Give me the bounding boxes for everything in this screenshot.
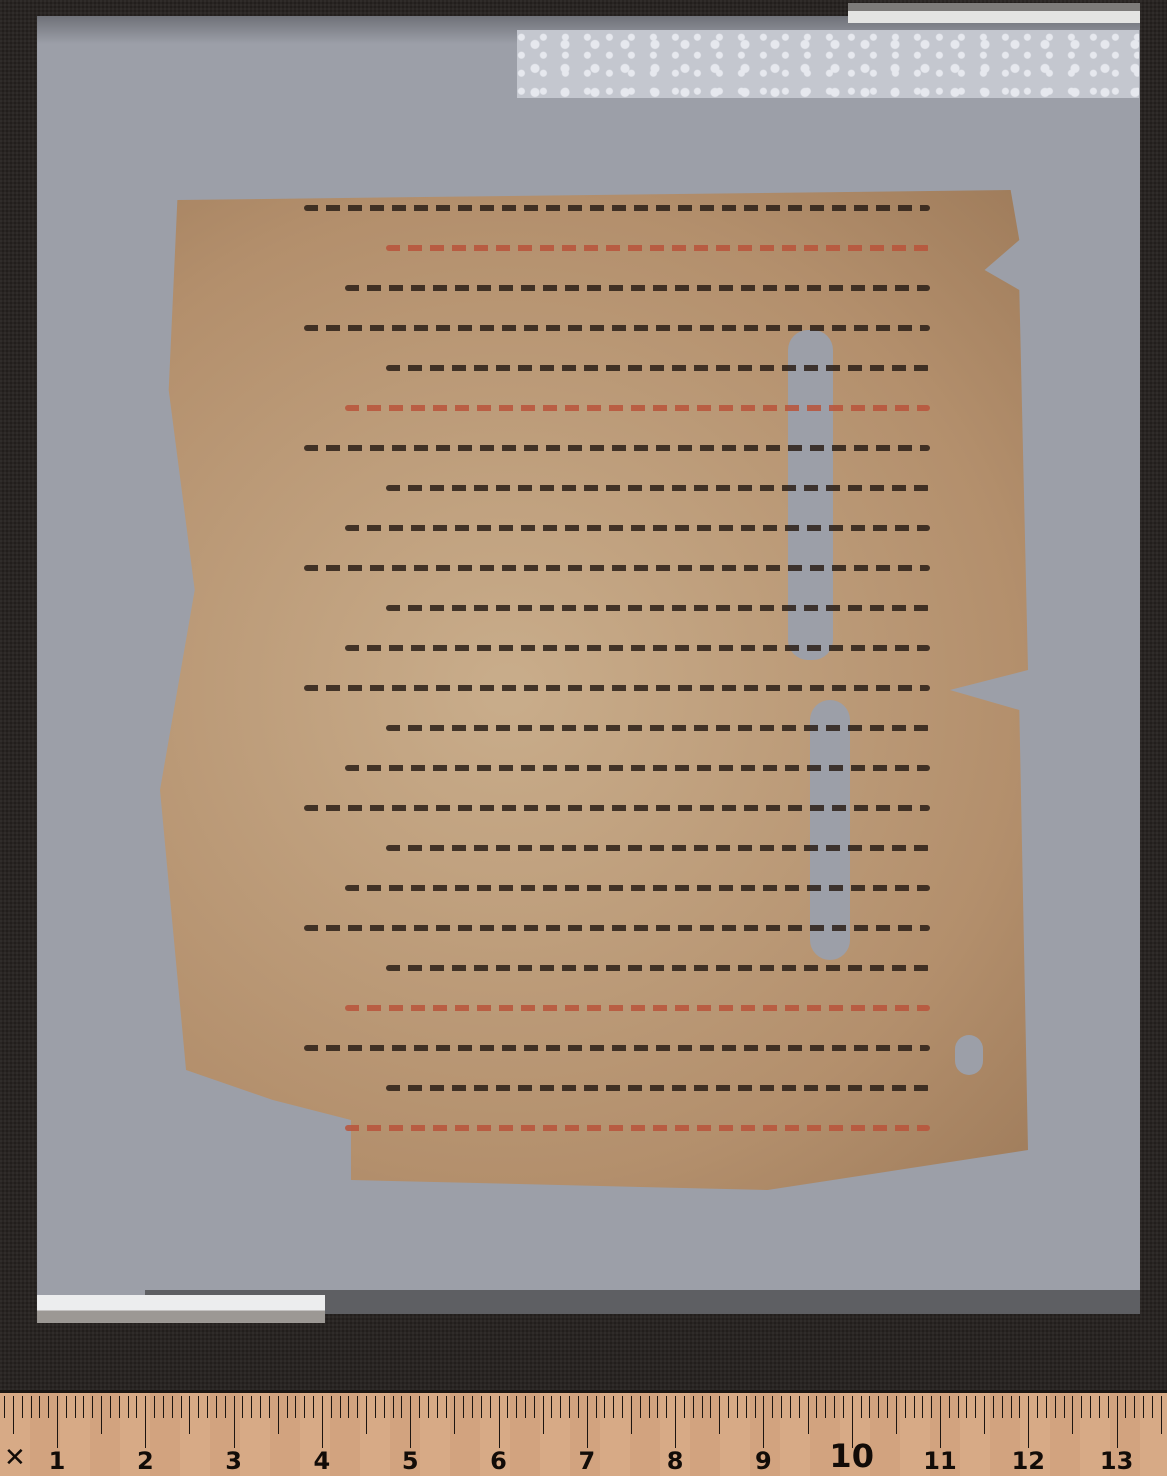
ruler-tick <box>640 1396 641 1418</box>
manuscript-text-line <box>386 965 930 971</box>
ruler-tick <box>136 1396 137 1418</box>
ruler-tick <box>1064 1396 1065 1418</box>
ruler-label: 12 <box>1012 1447 1045 1475</box>
ruler-tick <box>260 1396 261 1418</box>
ruler-tick <box>251 1396 252 1418</box>
ruler-tick <box>1028 1396 1029 1448</box>
ruler-tick <box>543 1396 544 1434</box>
ruler-tick <box>1090 1396 1091 1418</box>
ruler-tick <box>746 1396 747 1418</box>
ruler-tick <box>401 1396 402 1418</box>
ruler-tick <box>119 1396 120 1418</box>
ruler-tick <box>4 1396 5 1418</box>
ruler-tick <box>772 1396 773 1418</box>
ruler-label: 3 <box>225 1447 242 1475</box>
ruler-tick <box>861 1396 862 1418</box>
manuscript-text-line <box>304 565 930 571</box>
ruler-tick <box>13 1396 14 1434</box>
ruler-label: 1 <box>49 1447 66 1475</box>
ruler-tick <box>702 1396 703 1418</box>
ruler-tick <box>525 1396 526 1418</box>
ruler-tick <box>657 1396 658 1418</box>
ruler-label: 10 <box>829 1437 874 1475</box>
manuscript-text-line <box>345 885 930 891</box>
ruler-tick <box>914 1396 915 1418</box>
ruler-tick <box>622 1396 623 1418</box>
ruler-tick <box>675 1396 676 1448</box>
ruler-tick <box>66 1396 67 1418</box>
manuscript-text-line <box>345 765 930 771</box>
ruler-tick <box>1055 1396 1056 1418</box>
ruler-tick <box>1002 1396 1003 1418</box>
ruler-tick <box>207 1396 208 1418</box>
ruler-tick <box>1099 1396 1100 1418</box>
ruler-tick <box>799 1396 800 1418</box>
ruler-tick <box>304 1396 305 1418</box>
ruler-tick <box>516 1396 517 1418</box>
manuscript-text-line <box>386 845 930 851</box>
ruler-tick <box>454 1396 455 1434</box>
ruler-label: 7 <box>578 1447 595 1475</box>
manuscript-text-line <box>304 1045 930 1051</box>
ruler-tick <box>92 1396 93 1418</box>
ruler-tick <box>83 1396 84 1418</box>
ruler-tick <box>816 1396 817 1418</box>
ruler-tick <box>393 1396 394 1418</box>
manuscript-text-line <box>345 645 930 651</box>
ruler-tick <box>984 1396 985 1434</box>
ruler-label: 5 <box>402 1447 419 1475</box>
ruler-tick <box>940 1396 941 1448</box>
ruler-tick <box>737 1396 738 1418</box>
ruler-tick <box>763 1396 764 1448</box>
ruler-tick <box>163 1396 164 1418</box>
ruler-tick <box>887 1396 888 1418</box>
ruler-tick <box>269 1396 270 1418</box>
ruler-tick <box>551 1396 552 1418</box>
ruler-tick <box>843 1396 844 1418</box>
ruler-tick <box>437 1396 438 1418</box>
manuscript-text-line <box>386 605 930 611</box>
ruler-tick <box>507 1396 508 1418</box>
mounting-strip-top-corner <box>848 3 1140 23</box>
ruler-tick <box>463 1396 464 1418</box>
ruler-tick <box>410 1396 411 1448</box>
ruler-tick <box>101 1396 102 1434</box>
manuscript-text-line <box>345 525 930 531</box>
ruler-tick <box>419 1396 420 1418</box>
ruler-tick <box>604 1396 605 1418</box>
ruler-tick <box>613 1396 614 1418</box>
ruler-tick <box>649 1396 650 1418</box>
ruler-tick <box>225 1396 226 1418</box>
ruler-tick <box>1117 1396 1118 1448</box>
ruler-tick <box>1011 1396 1012 1418</box>
manuscript-text-line <box>345 1125 930 1131</box>
ruler-tick <box>922 1396 923 1418</box>
ruler-tick <box>340 1396 341 1418</box>
ruler-tick <box>31 1396 32 1418</box>
ruler-tick <box>666 1396 667 1418</box>
ruler-tick <box>22 1396 23 1418</box>
ruler-tick <box>110 1396 111 1418</box>
ruler-tick <box>896 1396 897 1434</box>
ruler-tick <box>295 1396 296 1418</box>
ruler-tick <box>242 1396 243 1418</box>
ruler-tick <box>154 1396 155 1418</box>
ruler-label: 4 <box>314 1447 331 1475</box>
ruler-tick <box>313 1396 314 1418</box>
manuscript-text-line <box>304 925 930 931</box>
manuscript-text-line <box>304 325 930 331</box>
ruler-tick <box>57 1396 58 1448</box>
ruler-tick <box>781 1396 782 1418</box>
ruler-tick <box>375 1396 376 1418</box>
ruler-tick <box>499 1396 500 1448</box>
manuscript-text-line <box>304 685 930 691</box>
ruler-tick <box>145 1396 146 1448</box>
ruler-tick <box>181 1396 182 1418</box>
manuscript-text-line <box>304 445 930 451</box>
manuscript-text-line <box>345 405 930 411</box>
ruler-tick <box>808 1396 809 1434</box>
ruler-tick <box>719 1396 720 1434</box>
manuscript-text-line <box>304 805 930 811</box>
ruler-tick <box>578 1396 579 1418</box>
ruler-label: 2 <box>137 1447 154 1475</box>
ruler-tick <box>1037 1396 1038 1418</box>
ruler-tick <box>1134 1396 1135 1418</box>
ruler-label: 8 <box>667 1447 684 1475</box>
ruler-label: 9 <box>755 1447 772 1475</box>
ruler-tick <box>198 1396 199 1418</box>
ruler-tick <box>834 1396 835 1418</box>
ruler-tick <box>975 1396 976 1418</box>
ruler-tick <box>39 1396 40 1418</box>
ruler-tick <box>287 1396 288 1418</box>
ruler-tick <box>693 1396 694 1418</box>
ruler-tick <box>931 1396 932 1418</box>
ruler-tick <box>1072 1396 1073 1434</box>
mounting-strip-bottom <box>37 1295 325 1323</box>
ruler-tick <box>490 1396 491 1418</box>
ruler-tick <box>1125 1396 1126 1418</box>
ruler-tick <box>384 1396 385 1418</box>
ruler-tick <box>631 1396 632 1434</box>
manuscript-text-line <box>304 205 930 211</box>
ruler-tick <box>755 1396 756 1418</box>
ruler-tick <box>366 1396 367 1434</box>
ruler-tick <box>569 1396 570 1418</box>
ruler-tick <box>1081 1396 1082 1418</box>
ruler-tick <box>1143 1396 1144 1418</box>
ruler-tick <box>278 1396 279 1434</box>
ruler-tick <box>1152 1396 1153 1418</box>
ruler-start-mark: ✕ <box>4 1443 26 1473</box>
ruler-tick <box>728 1396 729 1418</box>
ruler-label: 11 <box>923 1447 956 1475</box>
ruler-tick <box>560 1396 561 1418</box>
ruler-tick <box>1046 1396 1047 1418</box>
ruler-tick <box>348 1396 349 1418</box>
ruler-tick <box>684 1396 685 1418</box>
ruler-tick <box>481 1396 482 1418</box>
ruler-tick <box>216 1396 217 1418</box>
ruler-tick <box>878 1396 879 1418</box>
manuscript-text-block <box>250 205 930 1165</box>
ruler-tick <box>993 1396 994 1418</box>
manuscript-text-line <box>345 285 930 291</box>
ruler-tick <box>331 1396 332 1418</box>
ruler-tick <box>128 1396 129 1418</box>
manuscript-text-line <box>386 725 930 731</box>
manuscript-text-line <box>345 1005 930 1011</box>
ruler-tick <box>428 1396 429 1418</box>
measurement-ruler: ✕ 12345678910111213 <box>0 1390 1167 1476</box>
manuscript-text-line <box>386 1085 930 1091</box>
ruler-tick <box>790 1396 791 1418</box>
ruler-tick <box>710 1396 711 1418</box>
ruler-tick <box>958 1396 959 1418</box>
ruler-tick <box>949 1396 950 1418</box>
ruler-tick <box>322 1396 323 1448</box>
ruler-tick <box>172 1396 173 1418</box>
manuscript-text-line <box>386 365 930 371</box>
ruler-tick <box>966 1396 967 1418</box>
ruler-tick <box>587 1396 588 1448</box>
ruler-tick <box>825 1396 826 1418</box>
manuscript-text-line <box>386 245 930 251</box>
ruler-tick <box>234 1396 235 1448</box>
ruler-tick <box>905 1396 906 1418</box>
ruler-tick <box>1161 1396 1162 1434</box>
ruler-tick <box>869 1396 870 1418</box>
ruler-tick <box>1108 1396 1109 1418</box>
ruler-tick <box>357 1396 358 1418</box>
ruler-tick <box>1019 1396 1020 1418</box>
mounting-strip-top <box>517 30 1139 98</box>
manuscript-text-line <box>386 485 930 491</box>
ruler-tick <box>189 1396 190 1434</box>
ruler-tick <box>48 1396 49 1418</box>
ruler-tick <box>596 1396 597 1418</box>
ruler-label: 6 <box>490 1447 507 1475</box>
parchment-hole <box>955 1035 983 1075</box>
ruler-tick <box>446 1396 447 1418</box>
ruler-tick <box>75 1396 76 1418</box>
ruler-tick <box>472 1396 473 1418</box>
ruler-label: 13 <box>1100 1447 1133 1475</box>
ruler-tick <box>534 1396 535 1418</box>
